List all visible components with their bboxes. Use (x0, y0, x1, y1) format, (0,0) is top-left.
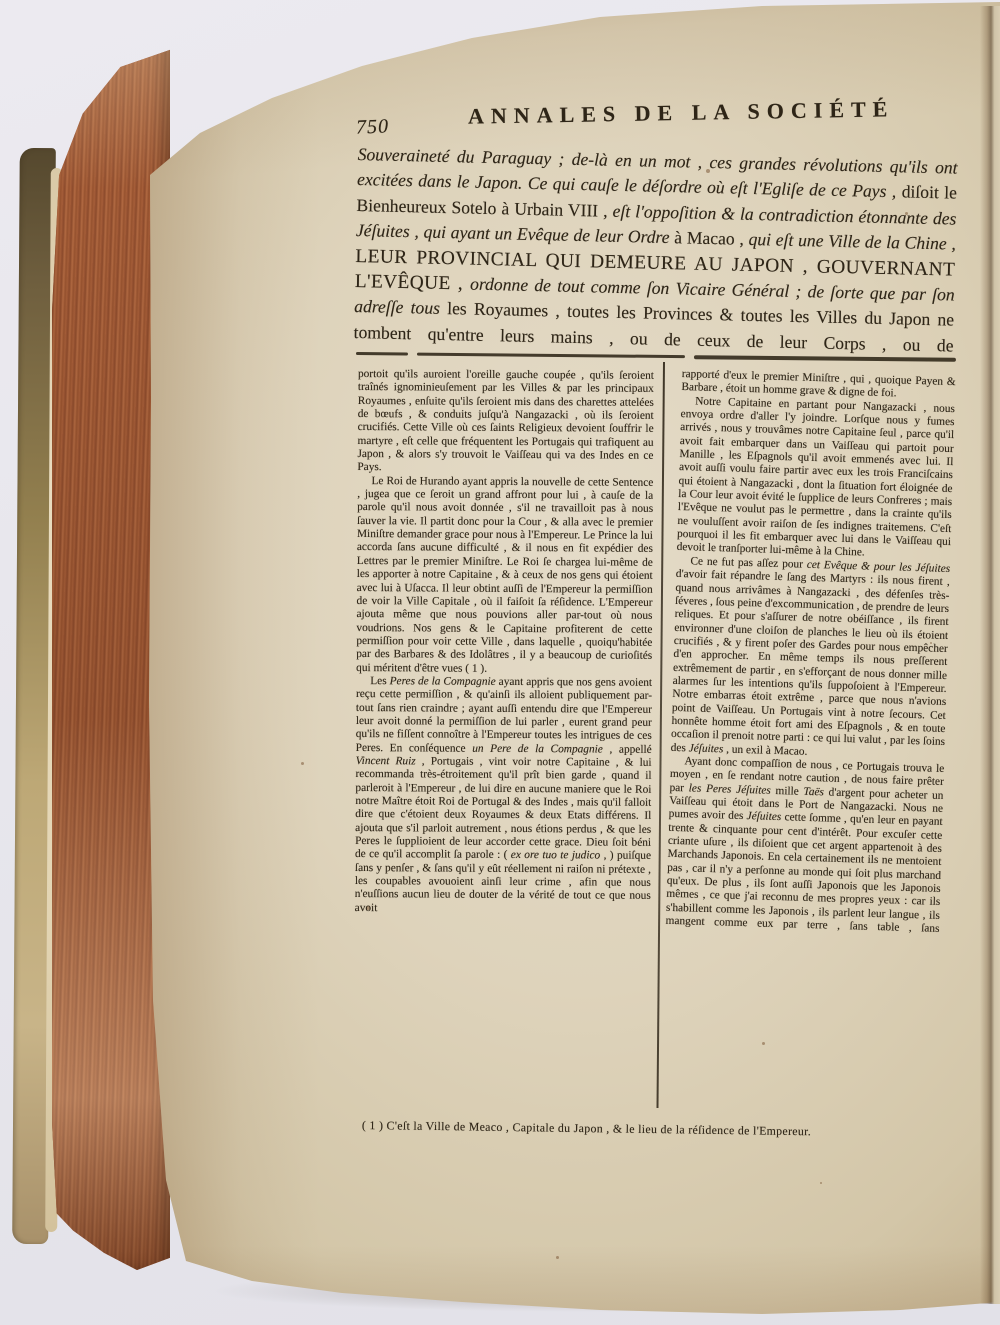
text-segment-italic: Jéſuites (689, 742, 724, 755)
text-segment-normal: d'avoir fait répandre le ſang des Martyr… (671, 568, 950, 754)
text-column-left: portoit qu'ils auroient l'oreille gauche… (353, 368, 654, 1112)
rule-segment (356, 352, 408, 356)
text-segment-normal: Notre Capitaine en partant pour Nangazac… (676, 395, 955, 559)
text-segment-italic: Souveraineté du Paraguay ; de-là en un m… (357, 144, 958, 202)
book-photo: 750 ANNALES DE LA SOCIÉTÉ Souveraineté d… (0, 0, 1000, 1325)
text-segment-normal: , Portugais , vint voir notre Capitaine … (355, 755, 652, 861)
text-segment-italic: qui eſt une Ville de la Chine , (748, 229, 956, 254)
text-segment-italic: un Pere de la Compagnie (472, 742, 603, 755)
page-number: 750 (356, 115, 390, 139)
text-segment-italic: Vincent Ruiz (356, 755, 416, 767)
text-segment-normal: mille (775, 785, 803, 798)
text-segment-italic: Jéſuites (746, 810, 784, 823)
text-segment-normal: Les (370, 675, 389, 687)
text-segment-normal: portoit qu'ils auroient l'oreille gauche… (357, 368, 654, 474)
text-column-right: rapporté d'eux le premier Miniſtre , qui… (660, 368, 956, 1118)
text-segment-italic: Peres de la Compagnie (390, 675, 499, 688)
text-segment-italic: les Peres Jéſuites (689, 782, 776, 797)
text-segment-normal: , appellé (603, 743, 652, 755)
text-segment-normal: Le Roi de Hurando ayant appris la nouvel… (356, 475, 653, 675)
paragraph: Notre Capitaine en partant pour Nangazac… (676, 395, 955, 563)
paragraph: Les Peres de la Compagnie ayant appris q… (355, 675, 652, 917)
text-segment-italic: Taës (803, 785, 828, 798)
paragraph: Le Roi de Hurando ayant appris la nouvel… (356, 475, 653, 677)
footnote: ( 1 ) C'eſt la Ville de Meaco , Capitale… (362, 1118, 958, 1141)
text-segment-normal: , un exil à Macao. (723, 743, 807, 757)
text-segment-normal: cette ſomme , qu'en leur en payant trent… (665, 812, 942, 935)
paragraph: portoit qu'ils auroient l'oreille gauche… (357, 368, 654, 477)
paragraph: Ce ne fut pas aſſez pour cet Evêque & po… (671, 555, 951, 763)
running-header: ANNALES DE LA SOCIÉTÉ (468, 96, 888, 129)
rule-segment (417, 353, 685, 359)
printed-page-content: 750 ANNALES DE LA SOCIÉTÉ Souveraineté d… (0, 0, 1000, 1325)
paragraph: Ayant donc compaſſion de nous , ce Portu… (665, 755, 944, 937)
text-segment-normal: à Macao , (674, 227, 749, 249)
intro-paragraph: Souveraineté du Paraguay ; de-là en un m… (353, 142, 957, 359)
text-segment-italic: ex ore tuo te judico (511, 849, 600, 862)
